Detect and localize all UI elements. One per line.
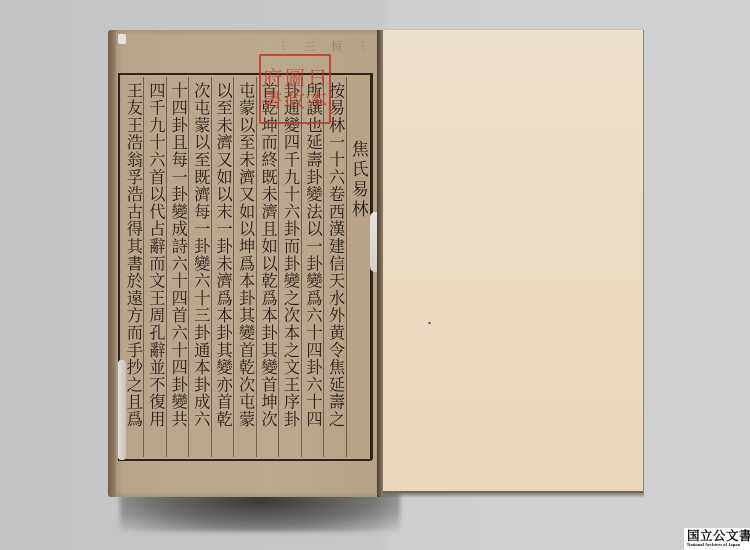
column-text: 首乾坤而終既未濟且如以乾爲本卦其變首坤次 [259, 82, 275, 428]
seal-glyph: 圖 [284, 67, 306, 89]
text-column: 按易林一十六卷西漢建信天水外黄令焦延壽之 [323, 77, 345, 457]
right-page-blank [381, 29, 644, 493]
seal-glyph: 書 [261, 89, 283, 111]
text-columns: 焦氏易林 按易林一十六卷西漢建信天水外黄令焦延壽之 所譔也延壽卦變法以一卦變爲六… [122, 77, 368, 457]
paper-speck [428, 322, 431, 324]
text-column: 首乾坤而終既未濟且如以乾爲本卦其變首坤次 [256, 77, 278, 457]
column-text: 按易林一十六卷西漢建信天水外黄令焦延壽之 [327, 82, 343, 428]
text-column: 卦通變四千九十六卦而卦變之次本之文王序卦 [278, 77, 300, 457]
photo-scene: ︙ 三 恒 ︙ 焦氏易林 按易林一十六卷西漢建信天水外黄令焦延壽之 所譔也延壽卦… [0, 0, 750, 550]
text-column: 四千九十六首以代占辭而文王周孔辭並不復用 [143, 77, 165, 457]
text-column: 以至未濟又如以末一卦未濟爲本卦其變亦首乾 [211, 77, 233, 457]
archive-watermark-logo: 国立公文書館 National Archives of Japan [684, 528, 750, 550]
column-text: 所譔也延壽卦變法以一卦變爲六十四卦六十四 [304, 82, 320, 428]
printed-text-frame: 焦氏易林 按易林一十六卷西漢建信天水外黄令焦延壽之 所譔也延壽卦變法以一卦變爲六… [118, 73, 373, 461]
red-ownership-seal: 府 圖 日 書 政 本 [259, 54, 331, 124]
text-column: 次屯蒙以至既濟每一卦變六十三卦通本卦成六 [188, 77, 210, 457]
column-text: 四千九十六首以代占辭而文王周孔辭並不復用 [147, 82, 163, 428]
text-column: 十四卦且每一卦變成詩六十四首六十四卦變共 [166, 77, 188, 457]
paper-damage [118, 34, 126, 44]
column-text: 次屯蒙以至既濟每一卦變六十三卦通本卦成六 [192, 82, 208, 428]
faint-show-through-ink: ︙ 三 恒 ︙ [278, 38, 375, 54]
column-text: 十四卦且每一卦變成詩六十四首六十四卦變共 [170, 82, 186, 428]
left-page-edge [108, 30, 116, 497]
seal-glyph: 本 [306, 89, 328, 111]
column-text: 以至未濟又如以末一卦未濟爲本卦其變亦首乾 [214, 82, 230, 428]
watermark-english: National Archives of Japan [687, 542, 748, 548]
seal-glyph: 日 [306, 67, 328, 89]
paper-tear [118, 360, 126, 460]
column-text: 屯蒙以至未濟又如以坤爲本卦其變首乾次屯蒙 [237, 82, 253, 428]
column-title: 焦氏易林 [346, 77, 368, 457]
book-title: 焦氏易林 [349, 140, 366, 220]
column-text: 王友王浩翁孚浩古得其書於遠方而手抄之且爲 [125, 82, 141, 428]
seal-glyph: 政 [284, 89, 306, 111]
book-gutter [377, 30, 383, 497]
left-page: ︙ 三 恒 ︙ 焦氏易林 按易林一十六卷西漢建信天水外黄令焦延壽之 所譔也延壽卦… [108, 30, 382, 497]
text-column: 屯蒙以至未濟又如以坤爲本卦其變首乾次屯蒙 [233, 77, 255, 457]
book-shadow [120, 492, 400, 532]
text-column: 所譔也延壽卦變法以一卦變爲六十四卦六十四 [301, 77, 323, 457]
seal-glyph: 府 [261, 67, 283, 89]
column-text: 卦通變四千九十六卦而卦變之次本之文王序卦 [282, 82, 298, 428]
watermark-japanese: 国立公文書館 [687, 529, 748, 542]
